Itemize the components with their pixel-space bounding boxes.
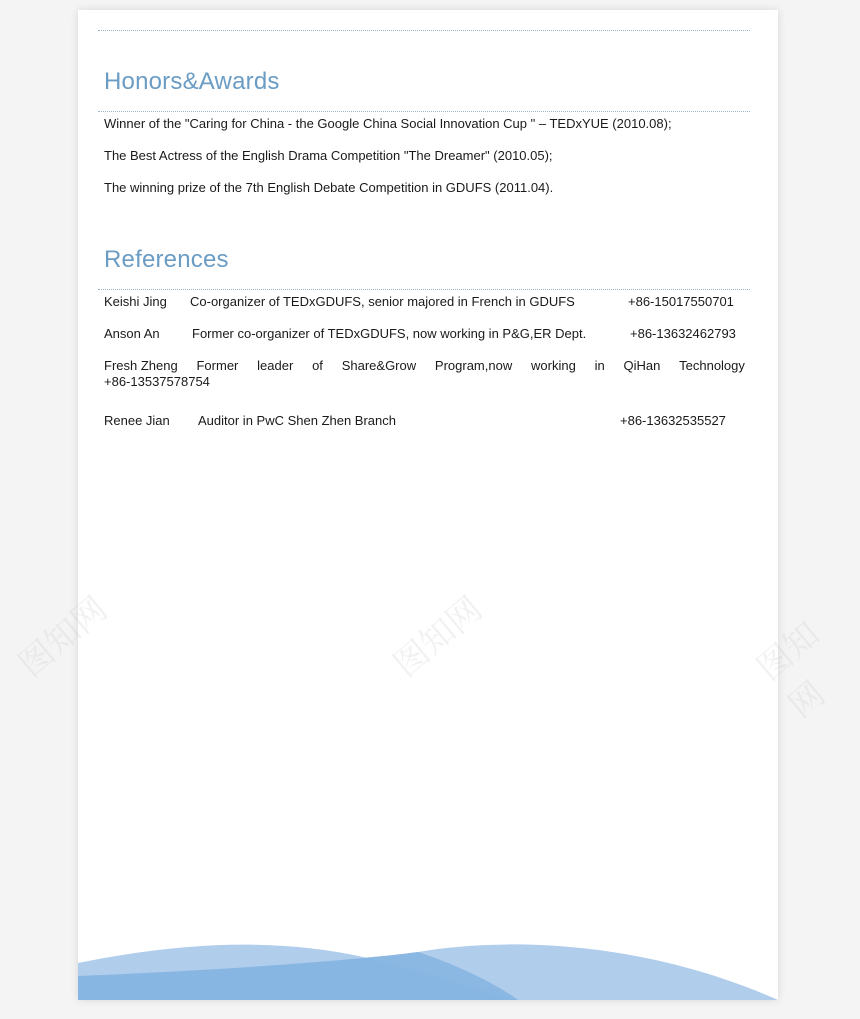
reference-word: Share&Grow: [342, 358, 416, 373]
references-divider: [98, 289, 750, 290]
reference-phone: +86-13632535527: [620, 413, 726, 428]
top-divider: [98, 30, 750, 31]
reference-word: working: [531, 358, 576, 373]
reference-row: Fresh Zheng Former leader of Share&Grow …: [104, 358, 745, 373]
reference-phone: +86-13632462793: [630, 326, 736, 341]
honor-item: The Best Actress of the English Drama Co…: [104, 148, 553, 163]
reference-phone: +86-15017550701: [628, 294, 734, 309]
references-heading: References: [104, 246, 229, 274]
reference-word: Technology: [679, 358, 745, 373]
honor-item: The winning prize of the 7th English Deb…: [104, 180, 553, 195]
reference-name: Keishi Jing: [104, 294, 167, 309]
reference-word: Former: [196, 358, 238, 373]
honor-item: Winner of the "Caring for China - the Go…: [104, 116, 672, 131]
reference-phone: +86-13537578754: [104, 374, 210, 389]
reference-word: leader: [257, 358, 293, 373]
reference-name: Anson An: [104, 326, 160, 341]
reference-word: of: [312, 358, 323, 373]
reference-word: in: [595, 358, 605, 373]
reference-description: Auditor in PwC Shen Zhen Branch: [198, 413, 396, 428]
reference-word: Program,now: [435, 358, 512, 373]
reference-name: Fresh Zheng: [104, 358, 178, 373]
reference-description: Co-organizer of TEDxGDUFS, senior majore…: [190, 294, 575, 309]
reference-word: QiHan: [623, 358, 660, 373]
honors-heading: Honors&Awards: [104, 68, 280, 96]
honors-divider: [98, 111, 750, 112]
reference-description: Former co-organizer of TEDxGDUFS, now wo…: [192, 326, 586, 341]
decorative-waves: [78, 940, 778, 1000]
document-page: Honors&Awards Winner of the "Caring for …: [78, 10, 778, 1000]
reference-name: Renee Jian: [104, 413, 170, 428]
